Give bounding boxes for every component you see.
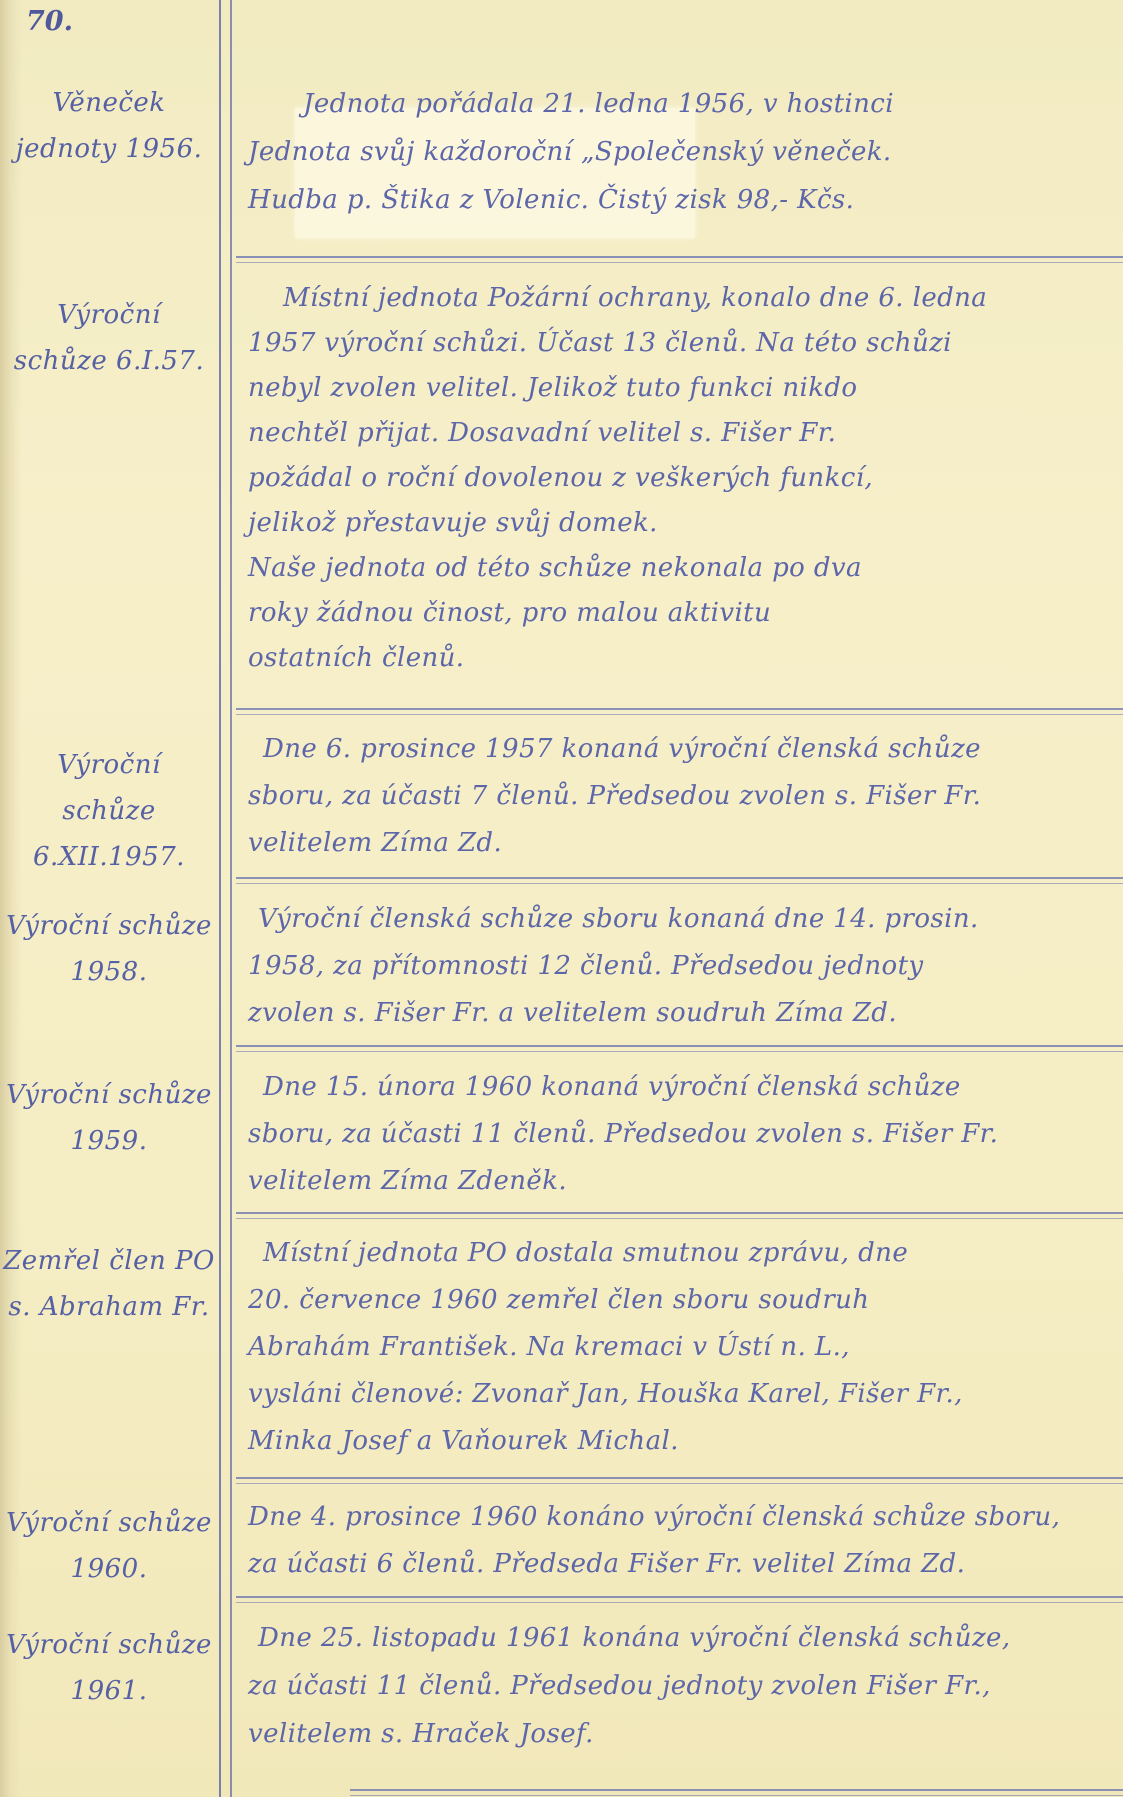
entry-divider (236, 708, 1123, 715)
entry-text-line: velitelem Zíma Zd. (248, 820, 1116, 867)
entry-text: Dne 25. listopadu 1961 konána výroční čl… (248, 1614, 1116, 1758)
entry-text: Výroční členská schůze sboru konaná dne … (248, 896, 1116, 1037)
margin-note-line: 1960. (0, 1546, 218, 1592)
entry-text: Dne 15. února 1960 konaná výroční člensk… (248, 1064, 1116, 1205)
entry-text-line: jelikož přestavuje svůj domek. (248, 501, 1116, 546)
entry-text-line: velitelem s. Hraček Josef. (248, 1710, 1116, 1758)
entry-divider (236, 1477, 1123, 1484)
entry-text-line: zvolen s. Fišer Fr. a velitelem soudruh … (248, 990, 1116, 1037)
entry-text-line: nechtěl přijat. Dosavadní velitel s. Fiš… (248, 411, 1116, 456)
margin-note: Věneček jednoty 1956. (0, 80, 218, 172)
margin-note: Výroční schůze 1958. (0, 903, 218, 995)
margin-note: Zemřel člen PO s. Abraham Fr. (0, 1238, 218, 1330)
entry-text: Dne 6. prosince 1957 konaná výroční člen… (248, 726, 1116, 867)
entry-divider (236, 1596, 1123, 1603)
margin-note-line: Výroční (0, 742, 218, 788)
margin-note-line: s. Abraham Fr. (0, 1284, 218, 1330)
margin-note-line: 1958. (0, 949, 218, 995)
entry-text-line: roky žádnou činost, pro malou aktivitu (248, 591, 1116, 636)
entry-divider (236, 1045, 1123, 1052)
entry-text-line: Jednota pořádala 21. ledna 1956, v hosti… (248, 80, 1116, 128)
entry-text-line: požádal o roční dovolenou z veškerých fu… (248, 456, 1116, 501)
entry-divider (236, 1212, 1123, 1219)
entry-text-line: 1957 výroční schůzi. Účast 13 členů. Na … (248, 321, 1116, 366)
entry-text-line: Hudba p. Štika z Volenic. Čistý zisk 98,… (248, 176, 1116, 224)
margin-note-line: 1961. (0, 1668, 218, 1714)
entry-text-line: za účasti 6 členů. Předseda Fišer Fr. ve… (248, 1541, 1116, 1588)
entry-text-line: Dne 15. února 1960 konaná výroční člensk… (248, 1064, 1116, 1111)
margin-note-line: Věneček (0, 80, 218, 126)
margin-note: Výroční schůze 6.I.57. (0, 292, 218, 384)
column-rule (219, 0, 232, 1797)
margin-note-line: Výroční (0, 292, 218, 338)
entry-text: Místní jednota PO dostala smutnou zprávu… (248, 1230, 1116, 1465)
entry-text-line: Dne 25. listopadu 1961 konána výroční čl… (248, 1614, 1116, 1662)
entry-divider (350, 1789, 1123, 1796)
margin-note-line: Výroční schůze (0, 1072, 218, 1118)
entry-text-line: Jednota svůj každoroční „Společenský věn… (248, 128, 1116, 176)
page-number: 70. (26, 6, 73, 37)
entry-text-line: 20. července 1960 zemřel člen sboru soud… (248, 1277, 1116, 1324)
entry-text: Místní jednota Požární ochrany, konalo d… (248, 276, 1116, 681)
margin-note-line: schůze 6.XII.1957. (0, 788, 218, 880)
entry-divider (236, 256, 1123, 263)
entry-text-line: Naše jednota od této schůze nekonala po … (248, 546, 1116, 591)
entry-text-line: ostatních členů. (248, 636, 1116, 681)
entry-text-line: za účasti 11 členů. Předsedou jednoty zv… (248, 1662, 1116, 1710)
entry-text-line: 1958, za přítomnosti 12 členů. Předsedou… (248, 943, 1116, 990)
margin-note: Výroční schůze 1959. (0, 1072, 218, 1164)
entry-text-line: Dne 4. prosince 1960 konáno výroční člen… (248, 1494, 1116, 1541)
entry-text: Dne 4. prosince 1960 konáno výroční člen… (248, 1494, 1116, 1588)
entry-divider (236, 877, 1123, 884)
entry-text: Jednota pořádala 21. ledna 1956, v hosti… (248, 80, 1116, 224)
margin-note-line: schůze 6.I.57. (0, 338, 218, 384)
entry-text-line: nebyl zvolen velitel. Jelikož tuto funkc… (248, 366, 1116, 411)
margin-note: Výroční schůze 1961. (0, 1622, 218, 1714)
margin-note-line: Výroční schůze (0, 1622, 218, 1668)
margin-note: Výroční schůze 6.XII.1957. (0, 742, 218, 880)
margin-note: Výroční schůze 1960. (0, 1500, 218, 1592)
entry-text-line: Dne 6. prosince 1957 konaná výroční člen… (248, 726, 1116, 773)
margin-note-line: Výroční schůze (0, 1500, 218, 1546)
entry-text-line: Místní jednota PO dostala smutnou zprávu… (248, 1230, 1116, 1277)
entry-text-line: velitelem Zíma Zdeněk. (248, 1158, 1116, 1205)
entry-text-line: Místní jednota Požární ochrany, konalo d… (248, 276, 1116, 321)
entry-text-line: sboru, za účasti 7 členů. Předsedou zvol… (248, 773, 1116, 820)
entry-text-line: Abrahám František. Na kremaci v Ústí n. … (248, 1324, 1116, 1371)
entry-text-line: vysláni členové: Zvonař Jan, Houška Kare… (248, 1371, 1116, 1418)
margin-note-line: Zemřel člen PO (0, 1238, 218, 1284)
margin-note-line: 1959. (0, 1118, 218, 1164)
entry-text-line: Výroční členská schůze sboru konaná dne … (248, 896, 1116, 943)
margin-note-line: jednoty 1956. (0, 126, 218, 172)
entry-text-line: Minka Josef a Vaňourek Michal. (248, 1418, 1116, 1465)
margin-note-line: Výroční schůze (0, 903, 218, 949)
entry-text-line: sboru, za účasti 11 členů. Předsedou zvo… (248, 1111, 1116, 1158)
